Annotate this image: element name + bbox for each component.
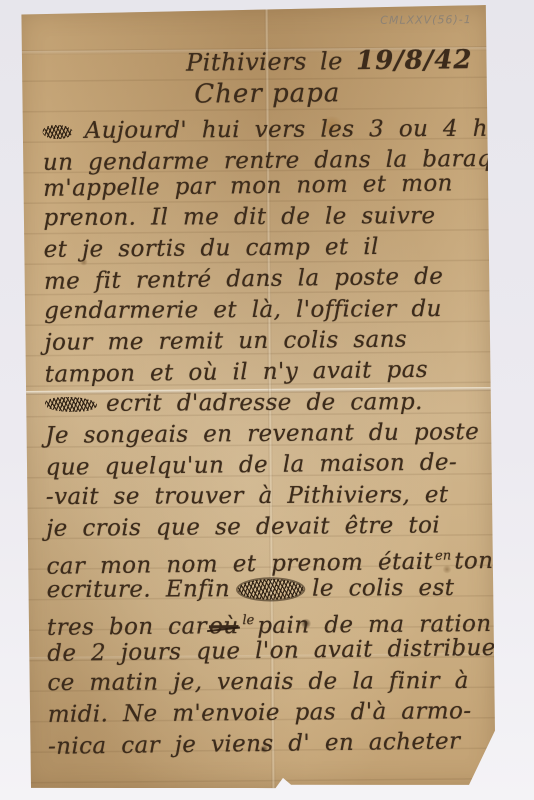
archive-annotation: CMLXXV(56)-1 [380,13,472,27]
line-text: me fit rentré dans la poste de [44,264,444,295]
line-text: ton [454,548,493,575]
line-text: -nica car je viens d' en acheter [48,728,461,759]
superscript-text: e [509,146,517,161]
photo-background: CMLXXV(56)-1 Pithiviers le 19/8/42 Cher … [0,0,534,800]
letter-line: me fit rentré dans la poste de [44,261,484,298]
salutation: Cher papa [194,78,340,109]
letter-paper: CMLXXV(56)-1 Pithiviers le 19/8/42 Cher … [18,5,497,791]
letter-line: de 2 jours que l'on avait distribuer [47,633,487,670]
line-text: -vait se trouver à Pithiviers, et [46,482,449,510]
line-text: que quelqu'un de la maison de- [45,449,457,480]
line-text: tampon et où il n'y avait pas [45,357,429,388]
letter-line: jour me remit un colis sans [44,324,484,359]
line-text: prenon. Il me dit de le suivre [43,203,435,231]
letter-line: car mon nom et prenom étaitenton [46,540,486,577]
line-text: ce matin je, venais de la finir à [47,668,468,696]
letter-line: et je sortis du camp et il [44,231,484,266]
circled-ink-scribble [238,579,304,600]
line-text: et je sortis du camp et il [44,234,379,263]
letter-line: ecrit d'adresse de camp. [45,387,485,420]
dateline-date: 19/8/42 [356,45,473,76]
letter-line: gendarmerie et là, l'officier du [44,294,484,327]
letter-line: ecriture. Enfinle colis est [47,573,487,606]
letter-line: Je songeais en revenant du poste [45,417,485,452]
letter-line: que quelqu'un de la maison de- [45,447,485,484]
letter-line: -vait se trouver à Pithiviers, et [46,480,486,513]
line-text: de 2 jours que l'on avait distribuer [47,635,507,667]
line-text: Je songeais en revenant du poste [45,419,479,449]
line-text: gendarmerie et là, l'officier du [44,296,442,324]
letter-line: prenon. Il me dit de le suivre [43,201,483,234]
letter-line: m'appelle par mon nom et mon [43,168,483,205]
line-text: midi. Ne m'envoie pas d'à armo- [48,698,472,728]
line-text: Aujourd' hui vers les 3 ou 4 heur [85,116,529,144]
superscript-text: le [242,613,254,628]
line-text: m'appelle par mon nom et mon [43,170,453,201]
line-text: ecrit d'adresse de camp. [106,389,423,417]
line-text: le colis est [312,575,454,602]
superscript-text: es [531,115,534,130]
ink-scribble [43,125,73,139]
letter-line: tampon et où il n'y avait pas [45,354,485,391]
dateline-place: Pithiviers le [186,47,343,76]
superscript-text: en [435,549,451,564]
letter-line: ce matin je, venais de la finir à [47,666,487,699]
letter-line: je crois que se devait être toi [46,510,486,545]
letter-line: midi. Ne m'envoie pas d'à armo- [48,696,488,731]
letter-line: tres bon caroùlepain de ma ration [47,603,487,638]
letter-line: Aujourd' hui vers les 3 ou 4 heures [43,108,483,141]
line-text: jour me remit un colis sans [44,327,407,356]
line-text: ecriture. Enfin [47,576,231,603]
dateline: Pithiviers le 19/8/42 [186,45,473,77]
letter-body: Aujourd' hui vers les 3 ou 4 heures un g… [42,107,488,762]
crossed-out-word [45,397,97,412]
line-text: je crois que se devait être toi [46,512,440,541]
letter-line: -nica car je viens d' en acheter [48,726,488,763]
